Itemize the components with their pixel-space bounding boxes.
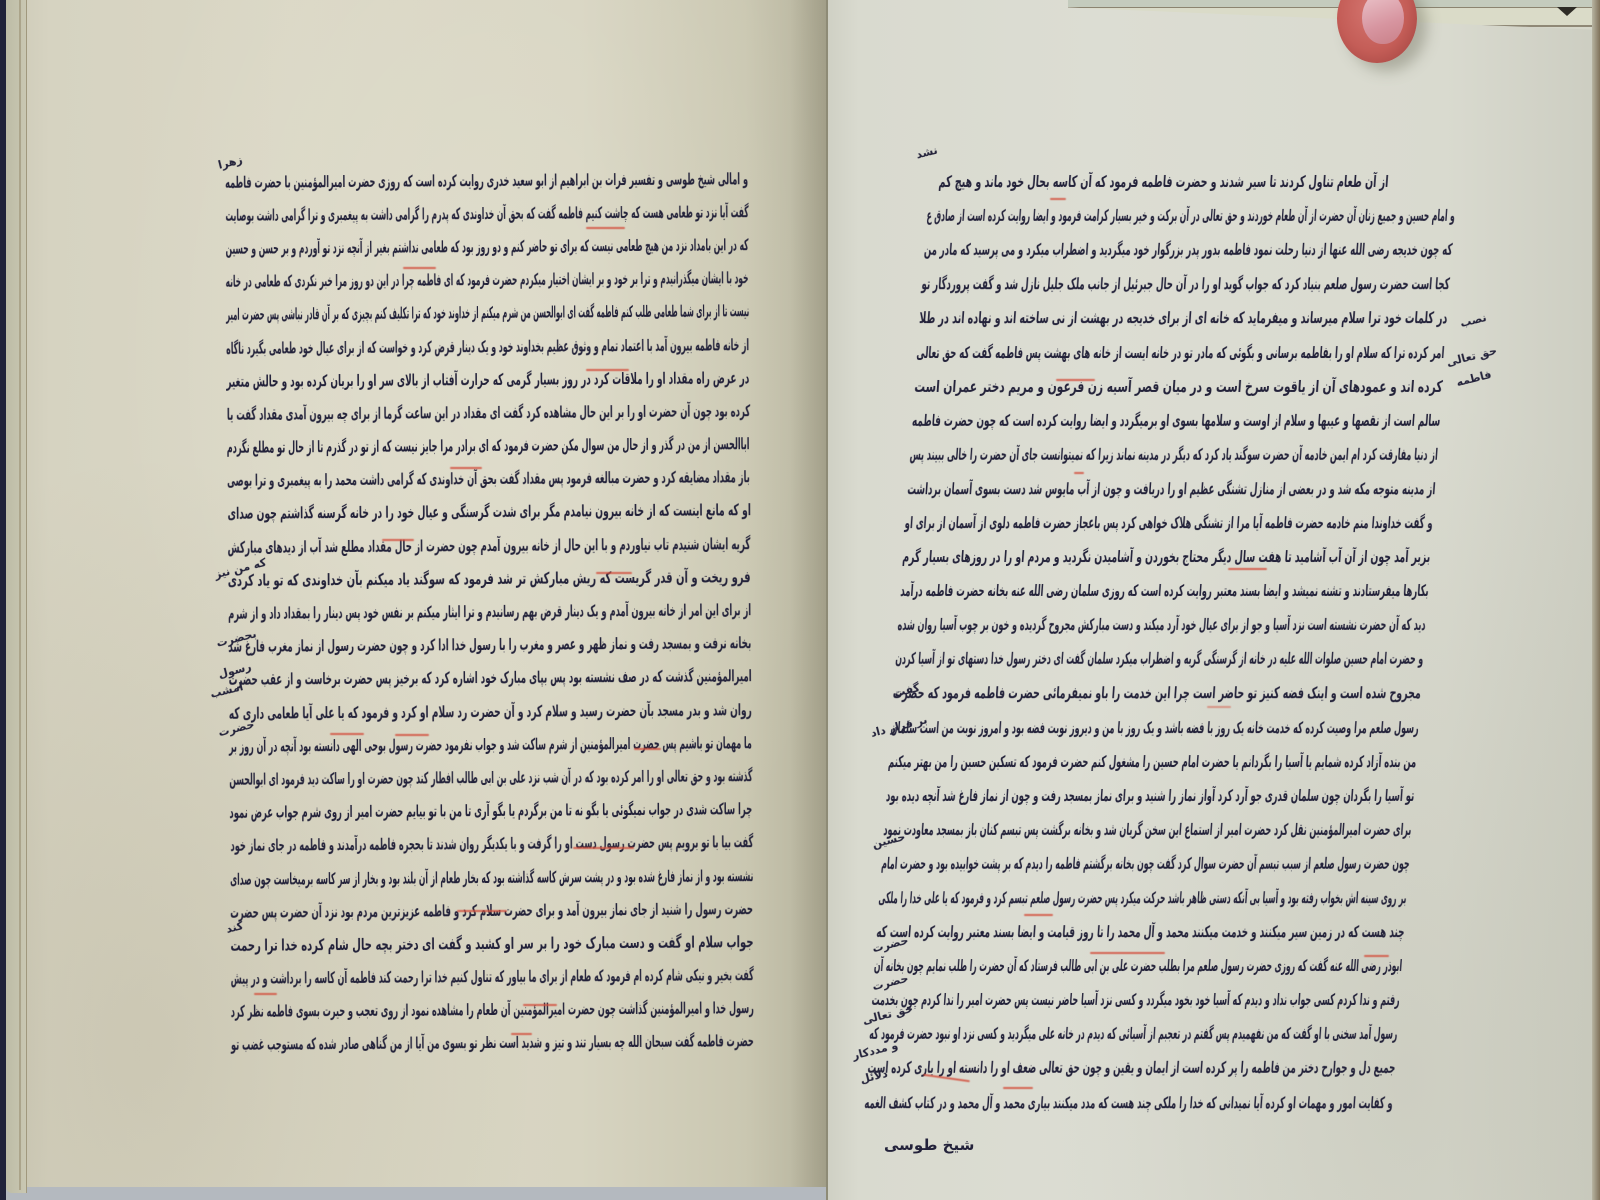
manuscript-line: بکارها میفرستادند و تشنه نمیشد و ایضا بس… (899, 574, 1429, 608)
manuscript-line: چون حضرت رسول صلعم از سبب تبسم آن حضرت س… (880, 847, 1410, 881)
line-text: نشسته بود و از نماز فارغ شده بود و در پش… (230, 866, 753, 890)
line-text: که در این بامداد نزد من هیچ طعامی نیست ک… (226, 235, 749, 259)
line-text: گریه ایشان شنیدم تاب نیاوردم و با این حا… (228, 534, 751, 558)
manuscript-line: و حضرت امام حسین صلوات الله علیه در خانه… (894, 642, 1424, 676)
rubric-mark (1024, 914, 1053, 916)
line-text: رسول خدا و امیرالمؤمنین گذاشت چون حضرت ا… (231, 998, 754, 1022)
rubric-mark (511, 1033, 532, 1035)
line-text: برای حضرت امیرالمؤمنین نقل کرد حضرت امیر… (883, 820, 1412, 840)
line-text: بکارها میفرستادند و تشنه نمیشد و ایضا بس… (899, 581, 1429, 601)
rubric-mark (1050, 198, 1066, 200)
rubric-mark (1364, 955, 1389, 957)
manuscript-line: گفت بخیر و نیکی شام کرده ام فرمود که طعا… (231, 959, 754, 996)
line-text: گفت بخیر و نیکی شام کرده ام فرمود که طعا… (231, 965, 754, 989)
manuscript-line: خود با ایشان میگذرانیدم و ترا بر خود و ب… (226, 262, 749, 299)
manuscript-line: و کفایت امور و مهمات او کرده آیا نمیدانی… (863, 1086, 1393, 1120)
manuscript-line: در کلمات خود ترا سلام میرساند و میفرماید… (918, 301, 1448, 335)
manuscript-line: که در این بامداد نزد من هیچ طعامی نیست ک… (225, 229, 748, 266)
line-text: بزیر آمد چون از آن آب آشامید تا هفت سال … (902, 547, 1431, 567)
rubric-mark (450, 467, 482, 469)
catchword: شیخ طوسی (884, 1136, 974, 1154)
left-page-text-block: و امالی شیخ طوسی و تفسیر فرات بن ابراهیم… (225, 162, 754, 1062)
manuscript-line: چند هست که در زمین سیر میکنند و خدمت میک… (875, 915, 1405, 949)
right-page-text-block: از آن طعام تناول کردند تا سیر شدند و حضر… (863, 165, 1458, 1120)
line-text: ابوذر رضی الله عنه گفت که روزی حضرت رسول… (873, 956, 1402, 976)
line-text: گفت آیا نزد تو طعامی هست که چاشت کنیم فا… (225, 202, 748, 226)
manuscript-line: باز مقداد مضایقه کرد و حضرت مبالغه فرمود… (227, 461, 750, 498)
line-text: تو آسیا را بگردان چون سلمان قدری جو آرد … (885, 786, 1415, 806)
line-text: امیرالمؤمنین گذشت که در صف نشسته بود پس … (228, 667, 751, 691)
line-text: از دنیا مفارقت کرد ام ایمن خادمه آن حضرت… (909, 445, 1438, 465)
manuscript-line: بخانه نرفت و بمسجد رفت و نماز ظهر و عصر … (228, 627, 751, 664)
line-text: و حضرت امام حسین صلوات الله علیه در خانه… (895, 649, 1424, 669)
line-text: از برای این امر از خانه بیرون آمدم و یک … (228, 600, 751, 624)
manuscript-line: سالم است از نقصها و عیبها و سلام از اوست… (911, 404, 1441, 438)
manuscript-line: رسول آمد سخنی با او گفت که من نفهمیدم پس… (868, 1017, 1398, 1051)
rubric-mark (1003, 1087, 1033, 1089)
line-text: چون حضرت رسول صلعم از سبب تبسم آن حضرت س… (880, 854, 1410, 874)
line-text: بخانه نرفت و بمسجد رفت و نماز ظهر و عصر … (228, 633, 751, 657)
manuscript-line: تو آسیا را بگردان چون سلمان قدری جو آرد … (885, 779, 1415, 813)
line-text: حضرت فاطمه گفت سبحان الله چه بسیار تند و… (231, 1032, 754, 1056)
manuscript-line: از برای این امر از خانه بیرون آمدم و یک … (228, 594, 751, 631)
manuscript-line: جمیع دل و جوارح دختر من فاطمه را پر کرده… (866, 1051, 1396, 1085)
manuscript-line: مجروح شده است و اینک فضه کنیز تو حاضر اس… (892, 676, 1422, 710)
line-text: چند هست که در زمین سیر میکنند و خدمت میک… (876, 922, 1406, 942)
line-text: باز مقداد مضایقه کرد و حضرت مبالغه فرمود… (227, 467, 750, 491)
rubric-mark (1207, 706, 1231, 708)
line-text: مجروح شده است و اینک فضه کنیز تو حاضر اس… (892, 683, 1421, 703)
line-text: فرو ریخت و آن قدر گریست که ریش مبارکش تر… (228, 567, 751, 591)
manuscript-line: از دنیا مفارقت کرد ام ایمن خادمه آن حضرت… (909, 438, 1439, 472)
manuscript-line: امر کرده ترا که سلام او را بفاطمه برسانی… (916, 335, 1446, 369)
line-text: من بنده آزاد کرده شمایم یا آسیا را بگردا… (888, 752, 1417, 772)
rubric-mark (254, 993, 277, 995)
manuscript-line: دید که آن حضرت نشسته است نزد آسیا و جو ا… (897, 608, 1427, 642)
line-text: رفتم و ندا کردم کسی جواب نداد و دیدم که … (871, 990, 1400, 1010)
rubric-mark (1056, 379, 1095, 381)
rubric-mark (586, 227, 625, 229)
manuscript-line: و امام حسین و جمیع زنان آن حضرت از آن طع… (925, 199, 1455, 233)
rubric-mark (634, 748, 661, 750)
line-text: کجا است حضرت رسول صلعم بنیاد کرد که جواب… (921, 274, 1450, 294)
manuscript-line: و گفت خداوندا منم خادمه حضرت فاطمه آیا م… (904, 506, 1434, 540)
line-text: گفت بیا با تو برویم پس حضرت رسول دست او … (230, 833, 753, 857)
manuscript-line: کرده بود چون آن حضرت او را بر این حال مش… (227, 394, 750, 431)
line-text: از مدینه متوجه مکه شد و در بعضی از منازل… (907, 479, 1436, 499)
manuscript-line: روان شد و بدر مسجد بآن حضرت رسید و سلام … (229, 693, 752, 730)
line-text: از خانه فاطمه بیرون آمد با اعتماد تمام و… (226, 335, 749, 359)
rubric-mark (596, 572, 632, 574)
page-stack-top-edge (1068, 0, 1600, 30)
fingernail (1362, 0, 1404, 44)
manuscript-line: فرو ریخت و آن قدر گریست که ریش مبارکش تر… (228, 560, 751, 597)
line-text: نیست تا از برای شما طعامی طلب کنم فاطمه … (226, 302, 749, 326)
rubric-mark (573, 847, 634, 849)
line-text: در عرض راه مقداد او را ملاقات کرد در روز… (227, 368, 750, 392)
manuscript-line: رفتم و ندا کردم کسی جواب نداد و دیدم که … (870, 983, 1400, 1017)
manuscript-line: در عرض راه مقداد او را ملاقات کرد در روز… (226, 361, 749, 398)
line-text: سالم است از نقصها و عیبها و سلام از اوست… (911, 411, 1441, 431)
page-stack-line (19, 0, 21, 1190)
line-text: بر روی سینه اش بخواب رفته بود و آسیا بی … (878, 888, 1407, 908)
line-text: رسول آمد سخنی با او گفت که من نفهمیدم پس… (868, 1024, 1397, 1044)
line-text: رسول صلعم مرا وصیت کرده که خدمت خانه یک … (890, 718, 1419, 738)
line-text: و امالی شیخ طوسی و تفسیر فرات بن ابراهیم… (225, 169, 748, 193)
manuscript-line: چرا ساکت شدی در جواب نمیگوئی یا بگو نه ت… (229, 793, 752, 830)
manuscript-line: نیست تا از برای شما طعامی طلب کنم فاطمه … (226, 295, 749, 332)
line-text: کرده اند و عمودهای آن از یاقوت سرخ است و… (914, 377, 1443, 397)
manuscript-line: رسول صلعم مرا وصیت کرده که خدمت خانه یک … (889, 711, 1419, 745)
manuscript-line: رسول خدا و امیرالمؤمنین گذاشت چون حضرت ا… (231, 992, 754, 1029)
manuscript-line: گفت آیا نزد تو طعامی هست که چاشت کنیم فا… (225, 195, 748, 232)
right-page-edge (1592, 0, 1600, 1200)
manuscript-line: گفت بیا با تو برویم پس حضرت رسول دست او … (230, 826, 753, 863)
page-corner-mark (1557, 7, 1577, 16)
manuscript-line: کرده اند و عمودهای آن از یاقوت سرخ است و… (913, 370, 1443, 404)
manuscript-line: او که مانع اینست که از خانه بیرون نیامدم… (227, 494, 750, 531)
line-text: گذشته بود و حق تعالی او را امر کرده بود … (229, 766, 752, 790)
line-text: کرده بود چون آن حضرت او را بر این حال مش… (226, 401, 749, 425)
manuscript-line: نشسته بود و از نماز فارغ شده بود و در پش… (230, 859, 753, 896)
line-text: که چون خدیجه رضی الله عنها از دنیا رحلت … (923, 240, 1453, 260)
line-text: خود با ایشان میگذرانیدم و ترا بر خود و ب… (226, 268, 749, 292)
manuscript-line: از آن طعام تناول کردند تا سیر شدند و حضر… (938, 165, 1390, 199)
rubric-mark (523, 1004, 557, 1006)
manuscript-line: کجا است حضرت رسول صلعم بنیاد کرد که جواب… (920, 267, 1450, 301)
line-text: ما مهمان تو باشیم پس حضرت امیرالمؤمنین ا… (229, 733, 752, 757)
line-text: چرا ساکت شدی در جواب نمیگوئی یا بگو نه ت… (230, 799, 753, 823)
rubric-mark (382, 539, 414, 541)
manuscript-line: من بنده آزاد کرده شمایم یا آسیا را بگردا… (887, 745, 1417, 779)
manuscript-line: ابوذر رضی الله عنه گفت که روزی حضرت رسول… (873, 949, 1403, 983)
manuscript-line: اباالحسن از من در گذر و از حال من سوال م… (227, 428, 750, 465)
manuscript-line: از خانه فاطمه بیرون آمد با اعتماد تمام و… (226, 328, 749, 365)
gutter-fold (826, 0, 828, 1200)
rubric-mark (1228, 568, 1267, 570)
manuscript-line: بر روی سینه اش بخواب رفته بود و آسیا بی … (878, 881, 1408, 915)
manuscript-line: که چون خدیجه رضی الله عنها از دنیا رحلت … (923, 233, 1453, 267)
manuscript-line: جواب سلام او گفت و دست مبارک خود را بر س… (230, 925, 753, 962)
line-text: روان شد و بدر مسجد بآن حضرت رسید و سلام … (229, 700, 752, 724)
rubric-mark (1074, 472, 1084, 474)
line-text: جواب سلام او گفت و دست مبارک خود را بر س… (230, 932, 753, 956)
manuscript-line: گریه ایشان شنیدم تاب نیاوردم و با این حا… (228, 527, 751, 564)
manuscript-line: بزیر آمد چون از آن آب آشامید تا هفت سال … (901, 540, 1431, 574)
rubric-mark (1090, 952, 1165, 954)
manuscript-line: برای حضرت امیرالمؤمنین نقل کرد حضرت امیر… (882, 813, 1412, 847)
line-text: و امام حسین و جمیع زنان آن حضرت از آن طع… (926, 206, 1456, 226)
line-text: امر کرده ترا که سلام او را بفاطمه برسانی… (916, 343, 1445, 363)
manuscript-spread-photo: و امالی شیخ طوسی و تفسیر فرات بن ابراهیم… (0, 0, 1600, 1200)
page-stack-edge (6, 0, 27, 1193)
line-text: و گفت خداوندا منم خادمه حضرت فاطمه آیا م… (904, 513, 1433, 533)
manuscript-line: گذشته بود و حق تعالی او را امر کرده بود … (229, 760, 752, 797)
manuscript-line: حضرت فاطمه گفت سبحان الله چه بسیار تند و… (231, 1025, 754, 1062)
rubric-mark (403, 267, 436, 269)
line-text: دید که آن حضرت نشسته است نزد آسیا و جو ا… (897, 615, 1426, 635)
line-text: جمیع دل و جوارح دختر من فاطمه را پر کرده… (866, 1058, 1395, 1078)
line-text: اباالحسن از من در گذر و از حال من سوال م… (227, 434, 750, 458)
line-text: در کلمات خود ترا سلام میرساند و میفرماید… (919, 308, 1448, 328)
gutter-shadow (790, 0, 828, 1187)
line-text: او که مانع اینست که از خانه بیرون نیامدم… (227, 501, 750, 525)
rubric-mark (330, 733, 364, 735)
rubric-mark (586, 369, 629, 371)
manuscript-line: ما مهمان تو باشیم پس حضرت امیرالمؤمنین ا… (229, 726, 752, 763)
rubric-mark (395, 734, 429, 736)
manuscript-line: و امالی شیخ طوسی و تفسیر فرات بن ابراهیم… (225, 162, 748, 199)
manuscript-line: امیرالمؤمنین گذشت که در صف نشسته بود پس … (228, 660, 751, 697)
manuscript-line: از مدینه متوجه مکه شد و در بعضی از منازل… (906, 472, 1436, 506)
line-text: و کفایت امور و مهمات او کرده آیا نمیدانی… (864, 1093, 1394, 1113)
line-text: از آن طعام تناول کردند تا سیر شدند و حضر… (938, 172, 1389, 192)
rubric-mark (457, 910, 507, 912)
